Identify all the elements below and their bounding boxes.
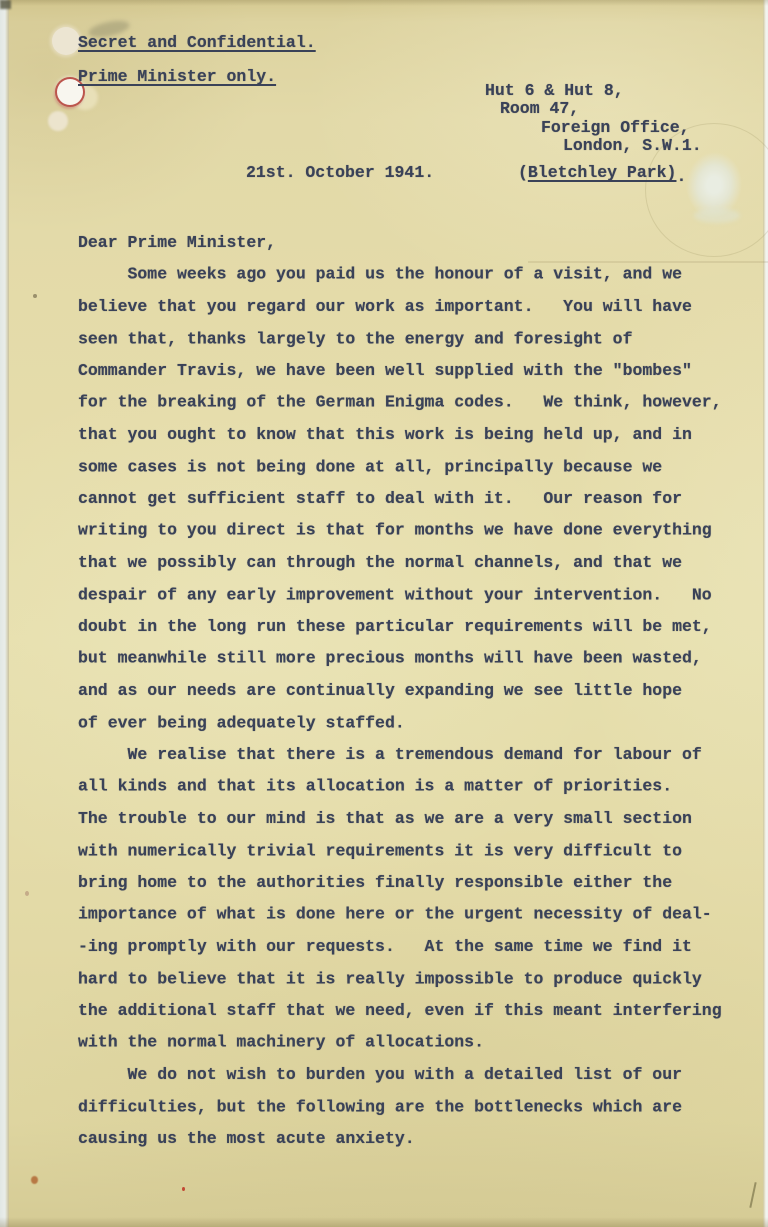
body-line: for the breaking of the German Enigma co…	[78, 387, 722, 419]
body-line: with numerically trivial requirements it…	[78, 836, 722, 868]
body-line: some cases is not being done at all, pri…	[78, 452, 722, 484]
punch-hole-top	[52, 27, 80, 55]
body-line: the additional staff that we need, even …	[78, 995, 722, 1027]
rust-speck-1	[31, 1176, 38, 1184]
location-open-paren: (	[518, 163, 528, 182]
corner-mark	[0, 0, 11, 9]
letter-page: Secret and Confidential. Prime Minister …	[0, 0, 768, 1227]
body-line: difficulties, but the following are the …	[78, 1092, 722, 1124]
letter-date: 21st. October 1941.	[246, 163, 434, 182]
body-line: hard to believe that it is really imposs…	[78, 964, 722, 996]
ink-speck-1	[33, 294, 37, 298]
ink-speck-2	[25, 891, 29, 896]
white-stain-tail	[694, 208, 740, 223]
salutation: Dear Prime Minister,	[78, 227, 722, 259]
punch-hole-bottom	[48, 111, 68, 131]
body-line: seen that, thanks largely to the energy …	[78, 324, 722, 356]
body-line: that you ought to know that this work is…	[78, 419, 722, 451]
scan-edge-left	[0, 0, 9, 1227]
body-line: with the normal machinery of allocations…	[78, 1027, 722, 1059]
rust-speck-2	[182, 1187, 185, 1191]
body-line: and as our needs are continually expandi…	[78, 675, 722, 707]
body-line: believe that you regard our work as impo…	[78, 291, 722, 323]
classification-line-2: Prime Minister only.	[78, 67, 276, 86]
body-line: writing to you direct is that for months…	[78, 515, 722, 547]
body-line: importance of what is done here or the u…	[78, 899, 722, 931]
location-name: Bletchley Park)	[528, 163, 677, 182]
body-line: doubt in the long run these particular r…	[78, 611, 722, 643]
body-line: -ing promptly with our requests. At the …	[78, 931, 722, 963]
body-line: Some weeks ago you paid us the honour of…	[78, 259, 722, 291]
body-line: but meanwhile still more precious months…	[78, 643, 722, 675]
body-line: Commander Travis, we have been well supp…	[78, 355, 722, 387]
location-period: .	[676, 167, 686, 186]
body-line: that we possibly can through the normal …	[78, 547, 722, 579]
address-line-city: London, S.W.1.	[563, 136, 702, 155]
letter-location: (Bletchley Park).	[518, 163, 686, 182]
body-line: of ever being adequately staffed.	[78, 708, 722, 740]
body-line: cannot get sufficient staff to deal with…	[78, 483, 722, 515]
paper-edge-bottom	[0, 1217, 768, 1227]
body-line: The trouble to our mind is that as we ar…	[78, 803, 722, 835]
body-line: causing us the most acute anxiety.	[78, 1123, 722, 1155]
paper-fiber	[749, 1182, 756, 1208]
address-line-office: Foreign Office,	[541, 118, 690, 137]
address-line-room: Room 47,	[500, 99, 579, 118]
paper-edge-top	[0, 0, 768, 6]
body-line: We realise that there is a tremendous de…	[78, 739, 722, 771]
address-line-hut: Hut 6 & Hut 8,	[485, 81, 624, 100]
letter-body: Dear Prime Minister, Some weeks ago you …	[78, 227, 722, 1155]
body-line: We do not wish to burden you with a deta…	[78, 1059, 722, 1091]
body-line: bring home to the authorities finally re…	[78, 867, 722, 899]
classification-line-1: Secret and Confidential.	[78, 33, 316, 52]
body-line: all kinds and that its allocation is a m…	[78, 771, 722, 803]
body-line: despair of any early improvement without…	[78, 580, 722, 612]
